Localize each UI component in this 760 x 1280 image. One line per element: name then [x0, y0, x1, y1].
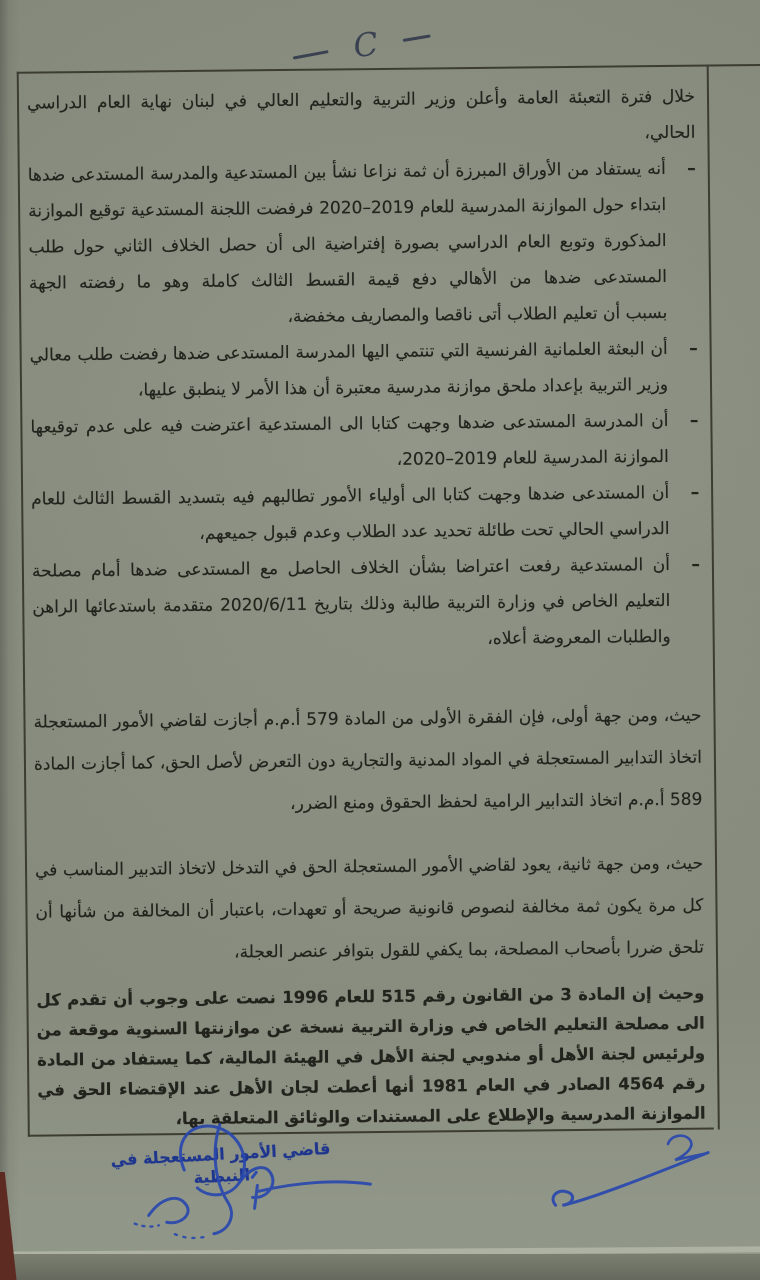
- text-line: خلال فترة التعبئة العامة وأعلن وزير التر…: [27, 79, 695, 122]
- bullet-paragraph: –أن المستدعى ضدها وجهت كتابا الى أولياء …: [31, 475, 700, 554]
- bullet-dash: –: [690, 475, 699, 511]
- text-line: والطلبات المعروضة أعلاه،: [33, 619, 671, 662]
- paragraph: وحيث إن المادة 3 من القانون رقم 515 للعا…: [36, 979, 706, 1136]
- bullet-dash: –: [690, 403, 699, 439]
- paragraph: حيث، ومن جهة ثانية، يعود لقاضي الأمور ال…: [35, 843, 704, 976]
- text-line: تلحق ضررا بأصحاب المصلحة، بما يكفي للقول…: [36, 927, 704, 976]
- scanned-court-document-page: C خلال فترة التعبئة العامة وأعلن وزير ال…: [0, 0, 760, 1280]
- text-line: كل مرة يكون ثمة مخالفة لنصوص قانونية صري…: [35, 885, 703, 934]
- bullet-paragraph: –أن المستدعية رفعت اعتراضا بشأن الخلاف ا…: [32, 547, 701, 662]
- bullet-dash: –: [687, 151, 696, 187]
- text-line: حيث، ومن جهة أولى، فإن الفقرة الأولى من …: [33, 695, 701, 744]
- paragraph: حيث، ومن جهة أولى، فإن الفقرة الأولى من …: [33, 695, 702, 828]
- pen-flourish: [552, 1135, 708, 1205]
- judge-stamp-text: قاضي الأمور المستعجلة في النبطية: [89, 1137, 353, 1195]
- right-margin-rule: [707, 65, 720, 1130]
- text-line: اتخاذ التدابير المستعجلة في المواد المدن…: [34, 737, 702, 786]
- paper-sheet: C خلال فترة التعبئة العامة وأعلن وزير ال…: [0, 0, 760, 1280]
- bullet-paragraph: –أن البعثة العلمانية الفرنسية التي تنتمي…: [29, 331, 698, 410]
- document-paragraphs: خلال فترة التعبئة العامة وأعلن وزير التر…: [27, 79, 706, 1136]
- table-surface: [0, 1254, 760, 1280]
- pen-dash-left: [292, 50, 328, 60]
- text-line: حيث، ومن جهة ثانية، يعود لقاضي الأمور ال…: [35, 843, 703, 892]
- paragraph: خلال فترة التعبئة العامة وأعلن وزير التر…: [27, 79, 696, 158]
- page-mark-letter: C: [351, 27, 380, 62]
- handwritten-page-mark: C: [265, 16, 458, 74]
- bullet-paragraph: –أن المدرسة المستدعى ضدها وجهت كتابا الى…: [30, 403, 699, 482]
- pen-dash-right: [403, 34, 431, 42]
- bullet-dash: –: [689, 331, 698, 367]
- text-line: 589 أ.م.م اتخاذ التدابير الرامية لحفظ ال…: [34, 779, 702, 828]
- bullet-paragraph: –أنه يستفاد من الأوراق المبرزة أن ثمة نز…: [28, 151, 698, 338]
- bullet-dash: –: [691, 547, 700, 583]
